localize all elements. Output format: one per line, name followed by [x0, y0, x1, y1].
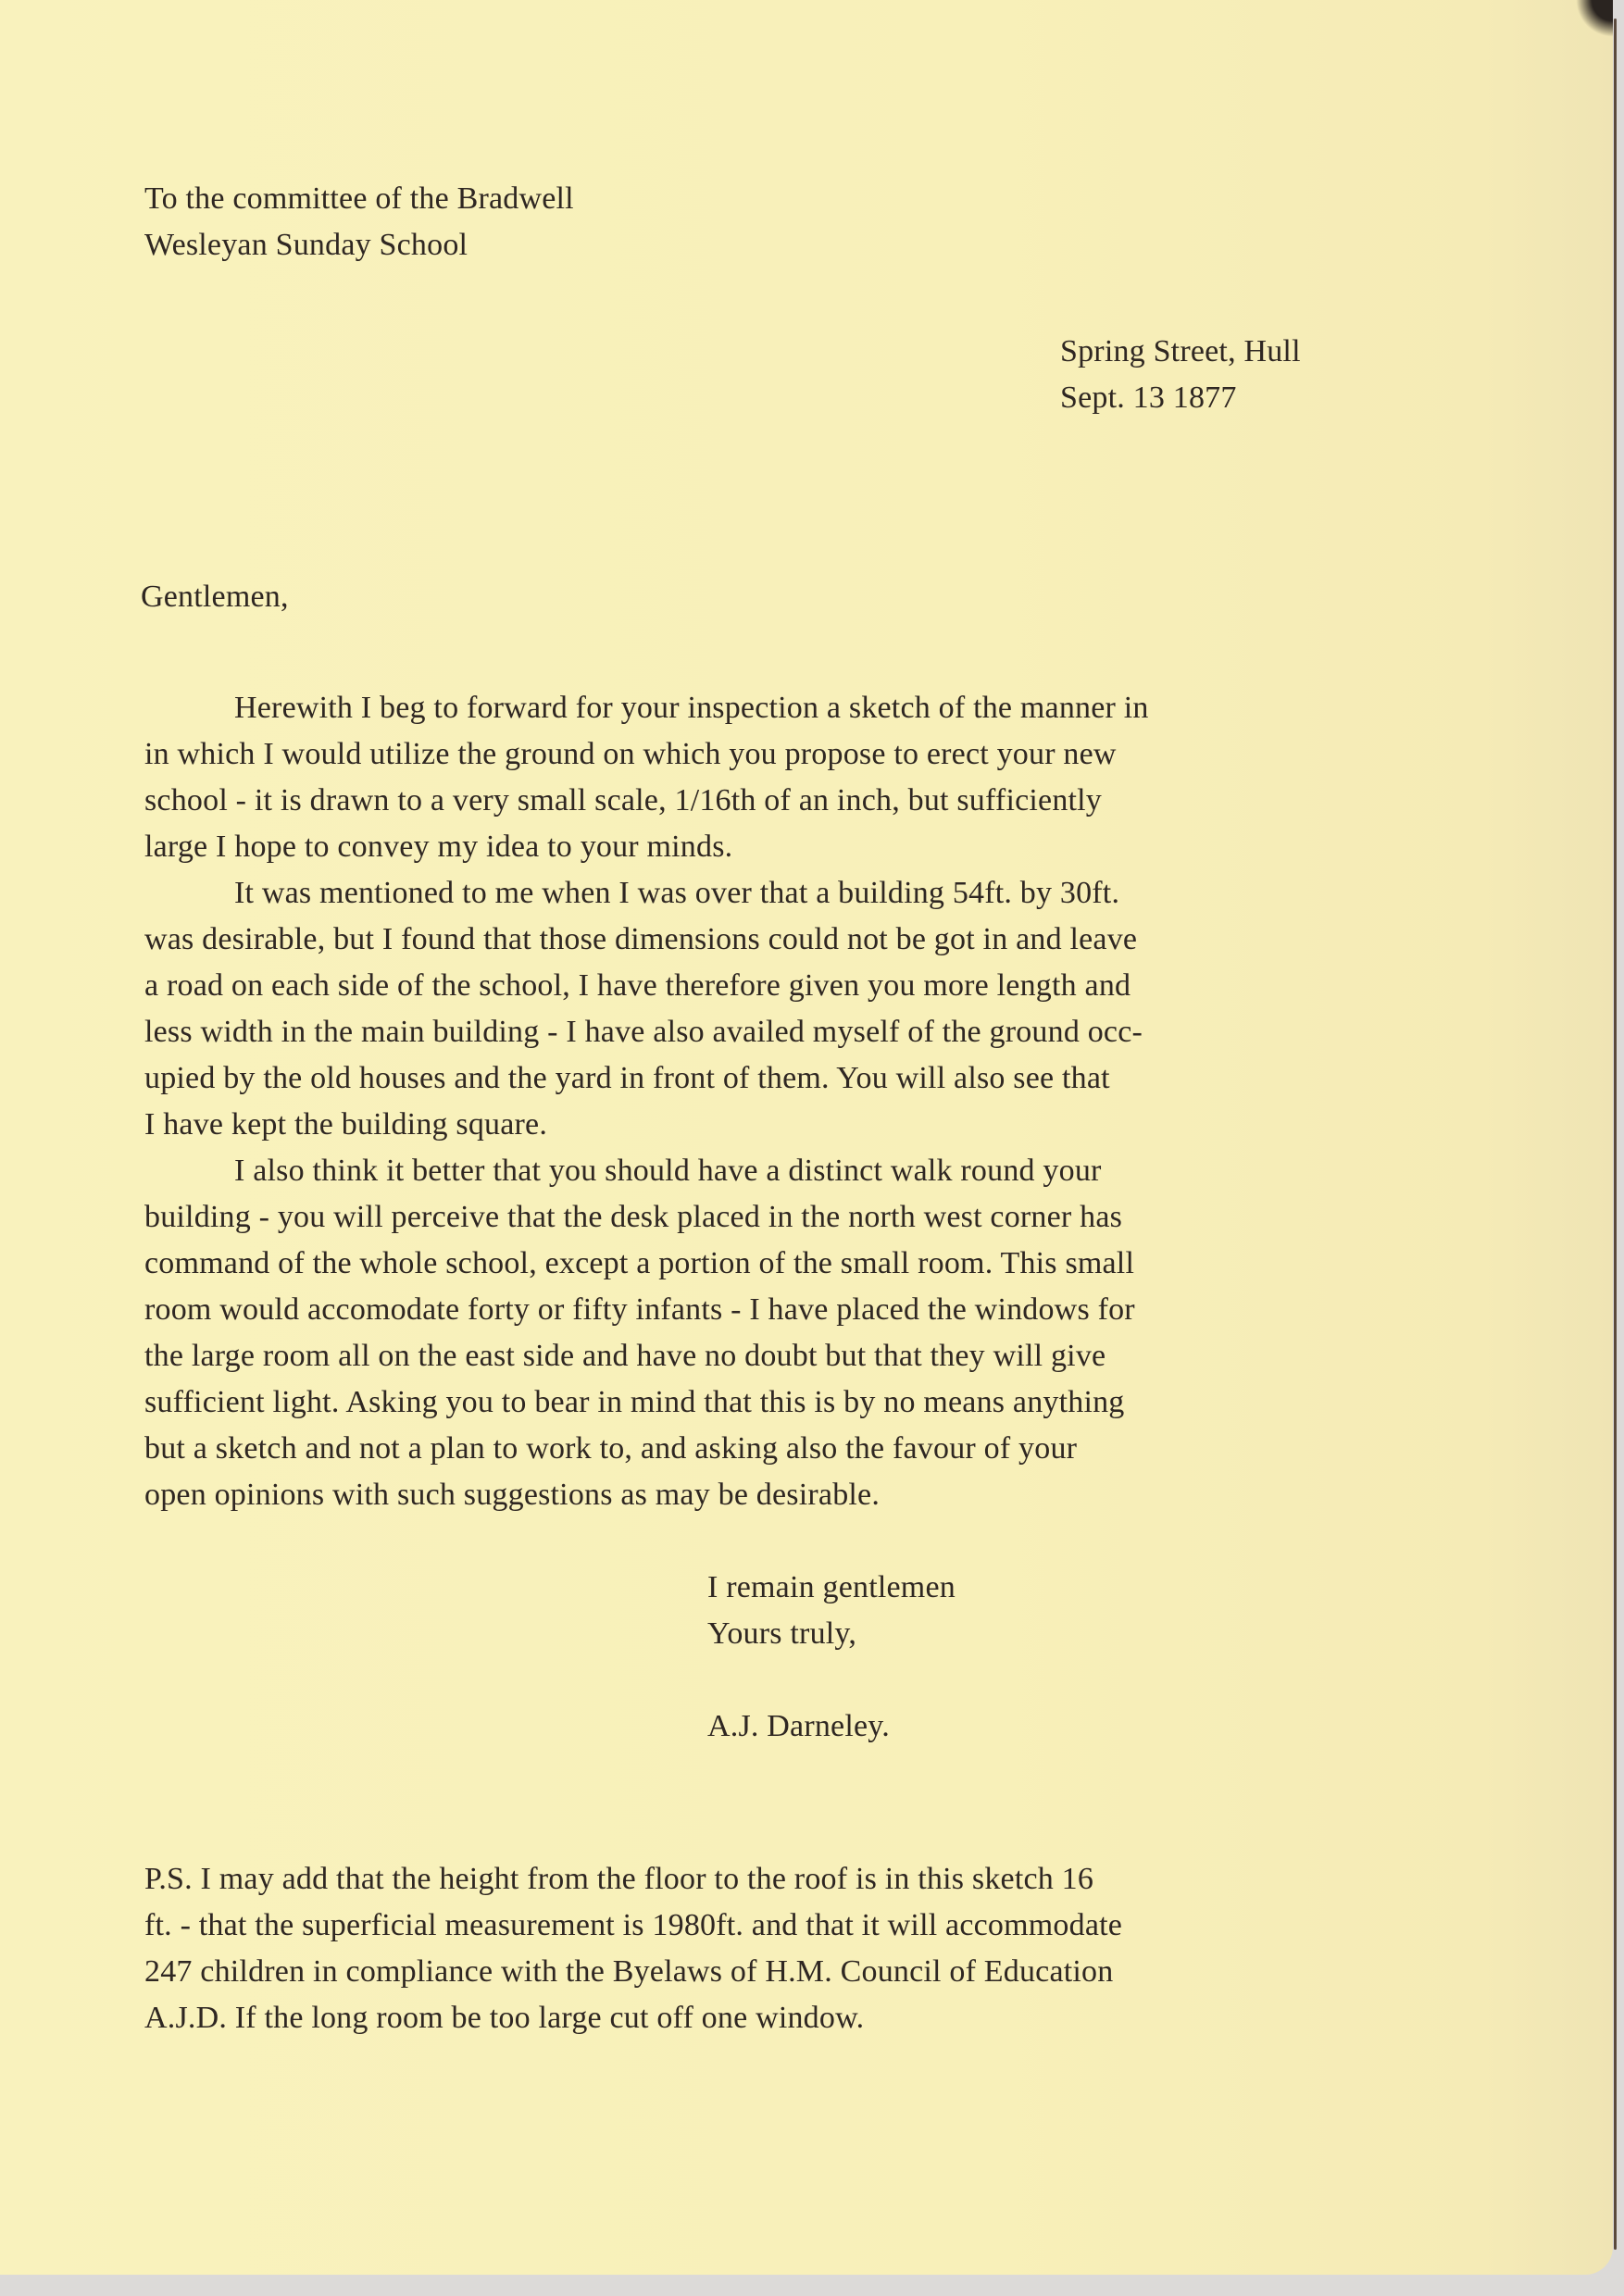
body-line: but a sketch and not a plan to work to, …: [55, 1426, 1376, 1472]
sender-address-block: Spring Street, Hull Sept. 13 1877: [1060, 329, 1301, 421]
letter-body: Herewith I beg to forward for your inspe…: [144, 685, 1376, 1518]
body-line: large I hope to convey my idea to your m…: [55, 824, 1376, 870]
postscript-line: 247 children in compliance with the Byel…: [144, 1949, 1385, 1995]
body-line: It was mentioned to me when I was over t…: [144, 870, 1376, 917]
body-line: sufficient light. Asking you to bear in …: [55, 1379, 1376, 1426]
body-line: school - it is drawn to a very small sca…: [55, 778, 1376, 824]
body-line: was desirable, but I found that those di…: [55, 917, 1376, 963]
page-corner-shadow: [1576, 0, 1613, 37]
addressee-line: To the committee of the Bradwell: [144, 176, 574, 222]
body-line: Herewith I beg to forward for your inspe…: [144, 685, 1376, 731]
body-line: in which I would utilize the ground on w…: [55, 731, 1376, 778]
letter-date: Sept. 13 1877: [1060, 375, 1301, 421]
addressee-line: Wesleyan Sunday School: [144, 222, 574, 268]
body-line: the large room all on the east side and …: [55, 1333, 1376, 1379]
body-line: upied by the old houses and the yard in …: [55, 1055, 1376, 1102]
body-line: less width in the main building - I have…: [55, 1009, 1376, 1055]
closing-line: I remain gentlemen: [707, 1565, 956, 1611]
letter-page: To the committee of the Bradwell Wesleya…: [0, 0, 1613, 2275]
postscript-line: A.J.D. If the long room be too large cut…: [144, 1995, 1385, 2041]
sender-address-line: Spring Street, Hull: [1060, 329, 1301, 375]
body-line: I have kept the building square.: [55, 1102, 1376, 1148]
body-paragraph: It was mentioned to me when I was over t…: [144, 870, 1376, 1148]
signature: A.J. Darneley.: [707, 1703, 890, 1750]
closing-block: I remain gentlemen Yours truly,: [707, 1565, 956, 1657]
body-line: command of the whole school, except a po…: [55, 1241, 1376, 1287]
postscript-line: ft. - that the superficial measurement i…: [144, 1903, 1385, 1949]
postscript-line: P.S. I may add that the height from the …: [144, 1856, 1385, 1903]
body-paragraph: I also think it better that you should h…: [144, 1148, 1376, 1518]
postscript: P.S. I may add that the height from the …: [144, 1856, 1385, 2041]
body-line: room would accomodate forty or fifty inf…: [55, 1287, 1376, 1333]
body-line: I also think it better that you should h…: [144, 1148, 1376, 1194]
closing-line: Yours truly,: [707, 1611, 956, 1657]
body-line: open opinions with such suggestions as m…: [55, 1472, 1376, 1518]
body-line: building - you will perceive that the de…: [55, 1194, 1376, 1241]
body-line: a road on each side of the school, I hav…: [55, 963, 1376, 1009]
salutation: Gentlemen,: [141, 574, 289, 620]
addressee-block: To the committee of the Bradwell Wesleya…: [144, 176, 574, 268]
body-paragraph: Herewith I beg to forward for your inspe…: [144, 685, 1376, 870]
